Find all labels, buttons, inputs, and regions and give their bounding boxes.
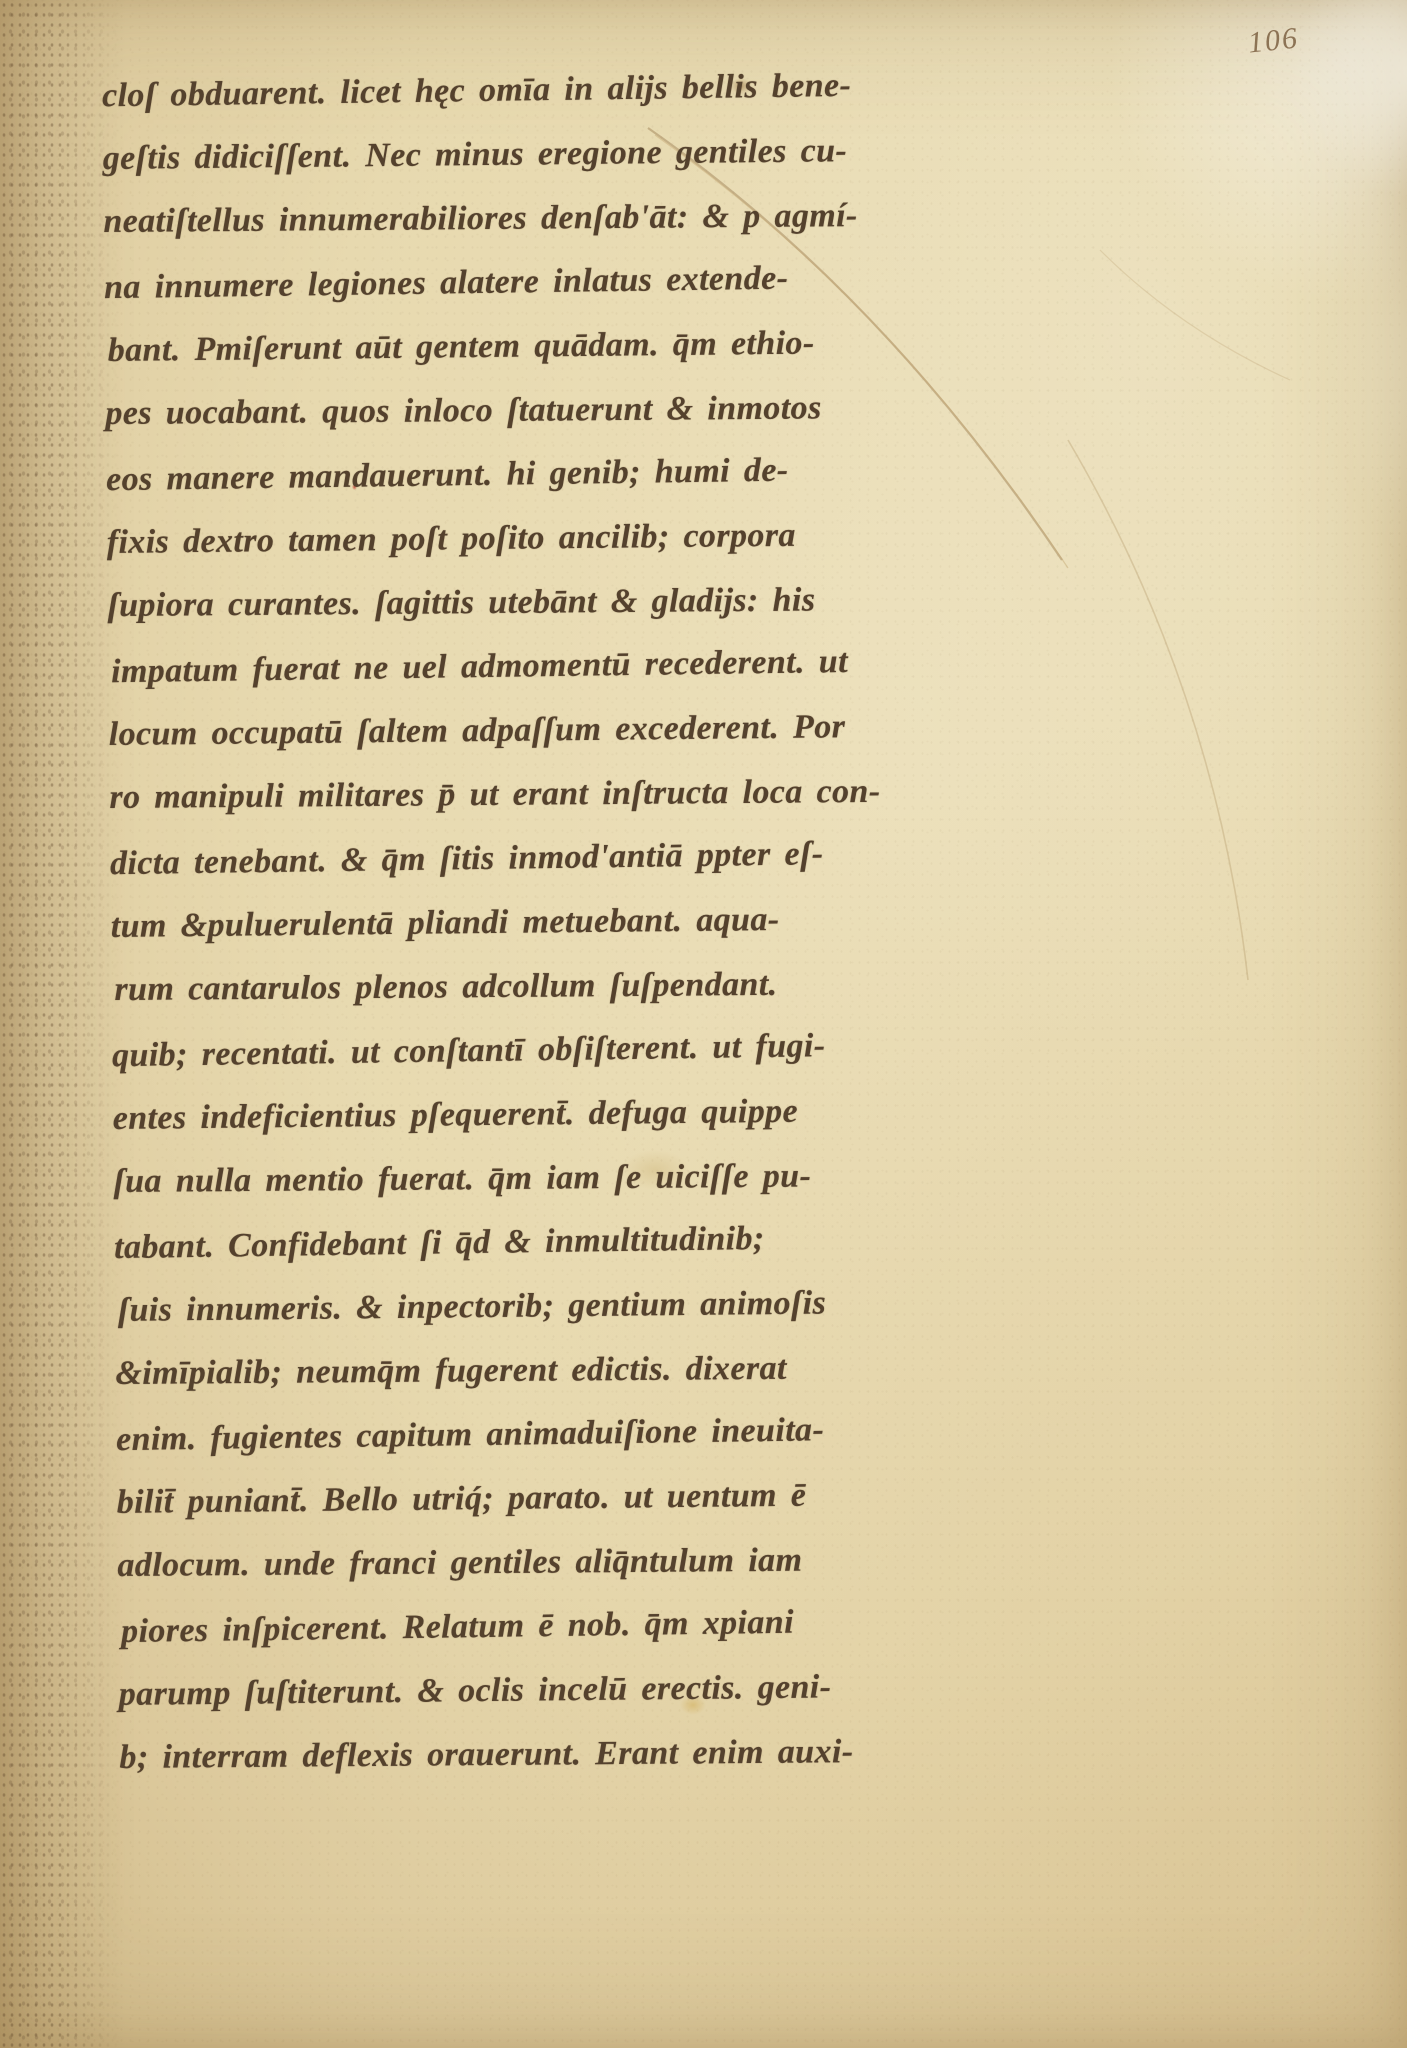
manuscript-line: fixis dextro tamen poſt poſito ancilib; …: [107, 517, 796, 562]
manuscript-page: 106 cloſ obduarent. licet hęc omīa in al…: [0, 0, 1407, 2048]
manuscript-line: bilit̄ puniant̄. Bello utriq́; parato. u…: [117, 1477, 807, 1522]
manuscript-line: pes uocabant. quos inloco ſtatuerunt & i…: [105, 389, 822, 433]
manuscript-line: cloſ obduarent. licet hęc omīa in alijs …: [102, 67, 852, 115]
folio-number: 106: [1246, 21, 1300, 60]
manuscript-line: locum occupatū ſaltem adpaſſum excederen…: [109, 708, 846, 754]
manuscript-line: tum &puluerulentā pliandi metuebant. aqu…: [111, 901, 780, 946]
manuscript-line: tabant. Confidebant ſi q̄d & inmultitudi…: [114, 1220, 765, 1267]
manuscript-line: ſupiora curantes. ſagittis utebānt & gla…: [107, 581, 815, 625]
manuscript-line: ro manipuli militares p̄ ut erant inſtru…: [109, 773, 880, 817]
manuscript-line: eos manere mandauerunt. hi genib; humi d…: [106, 452, 789, 500]
manuscript-line: bant. Pmiſerunt aūt gentem quādam. q̄m e…: [108, 325, 815, 370]
manuscript-line: enim. fugientes capitum animaduiſione in…: [116, 1411, 825, 1459]
vellum-follicle-texture: [0, 0, 120, 2048]
manuscript-line: quib; recentati. ut conſtantī obſiſteren…: [112, 1027, 826, 1075]
manuscript-line: adlocum. unde franci gentiles aliq̄ntulu…: [117, 1542, 802, 1585]
manuscript-line: impatum fuerat ne uel admomentū recedere…: [111, 643, 848, 691]
manuscript-line: geſtis didiciſſent. Nec minus eregione g…: [103, 132, 848, 178]
manuscript-line: entes indeficientius pſequerent̄. defuga…: [113, 1093, 799, 1138]
manuscript-line: na innumere legiones alatere inlatus ext…: [104, 260, 789, 308]
manuscript-line: piores inſpicerent. Relatum ē nob. q̄m x…: [121, 1604, 794, 1651]
manuscript-line: parump ſuſtiterunt. & oclis incelū erect…: [119, 1668, 832, 1713]
manuscript-line: neatiſtellus innumerabiliores denſab'āt:…: [103, 197, 858, 241]
manuscript-line: ſuis innumeris. & inpectorib; gentium an…: [118, 1284, 827, 1329]
manuscript-line: rum cantarulos plenos adcollum ſuſpendan…: [114, 966, 777, 1009]
manuscript-text: cloſ obduarent. licet hęc omīa in alijs …: [101, 0, 982, 2048]
manuscript-line: ſua nulla mentio fuerat. q̄m iam ſe uici…: [113, 1158, 811, 1201]
manuscript-line: dicta tenebant. & q̄m ſitis inmod'antiā …: [110, 835, 824, 883]
manuscript-line: &imīpialib; neumq̄m fugerent edictis. di…: [115, 1350, 787, 1393]
manuscript-line: b; interram deflexis orauerunt. Erant en…: [119, 1733, 853, 1777]
